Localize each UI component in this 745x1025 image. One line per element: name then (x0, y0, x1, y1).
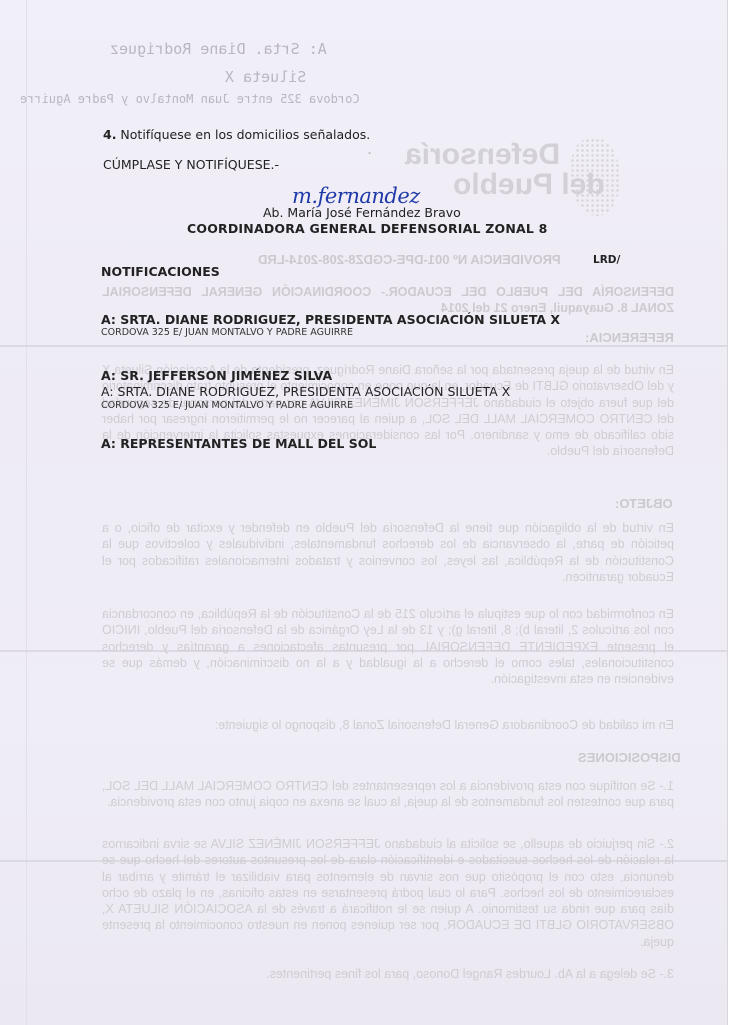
scanned-page: A: Srta. Diane Rodriguez Silueta X Cordo… (0, 0, 727, 1025)
page-edge (26, 0, 27, 1025)
recipient-name: A: REPRESENTANTES DE MALL DEL SOL (101, 436, 376, 451)
item-4: 4. Notifíquese en los domicilios señalad… (103, 127, 370, 142)
show-through-conformidad: En conformidad con lo que estipula el ar… (102, 606, 674, 687)
show-through-header: PROVIDENCIA Nº 001-DPE-CGDZ8-208-2014-LR… (258, 252, 561, 267)
show-through-calidad: En mi calidad de Coordinadora General De… (102, 717, 674, 733)
recipient-address: CORDOVA 325 E/ JUAN MONTALVO Y PADRE AGU… (101, 327, 353, 338)
show-through-handwriting: A: Srta. Diane Rodriguez (110, 40, 327, 58)
recipient-address: CORDOVA 325 E/ JUAN MONTALVO Y PADRE AGU… (101, 400, 353, 411)
signer-title: COORDINADORA GENERAL DEFENSORIAL ZONAL 8 (187, 221, 547, 236)
show-through-disp3: 3.- Se delega a la Ab. Lourdes Rangel Do… (102, 966, 674, 982)
item-number: 4. (103, 127, 116, 142)
show-through-disp1: 1.- Se notifique con esta providencia a … (102, 778, 674, 811)
show-through-disposiciones-title: DISPOSICIONES (578, 750, 681, 765)
item-text: Notifíquese en los domicilios señalados. (116, 127, 370, 142)
recipient-via: A: SRTA. DIANE RODRIGUEZ, PRESIDENTA ASO… (101, 384, 510, 399)
pencil-mark: ˙ (365, 150, 374, 171)
notifications-heading: NOTIFICACIONES (101, 264, 220, 279)
show-through-objeto-title: OBJETO: (615, 496, 673, 511)
reference-initials: LRD/ (593, 254, 620, 266)
show-through-referencia-title: REFERENCIA: (585, 330, 674, 345)
show-through-handwriting: Cordova 325 entre Juan Montalvo y Padre … (20, 92, 360, 106)
paper-fold (0, 345, 727, 347)
signer-name: Ab. María José Fernández Bravo (263, 205, 461, 220)
recipient-name: A: SR. JEFFERSON JIMÉNEZ SILVA (101, 368, 332, 383)
show-through-disp2: 2.- Sin perjuicio de aquello, se solicit… (102, 836, 674, 950)
show-through-handwriting: Silueta X (225, 68, 306, 86)
logo-line1: Defensoría (405, 140, 560, 170)
cumplase-line: CÚMPLASE Y NOTIFÍQUESE.- (103, 157, 279, 172)
show-through-objeto: En virtud de la obligación que tiene la … (102, 520, 674, 585)
ecuador-map-icon (570, 138, 620, 216)
recipient-name: A: SRTA. DIANE RODRIGUEZ, PRESIDENTA ASO… (101, 312, 560, 327)
